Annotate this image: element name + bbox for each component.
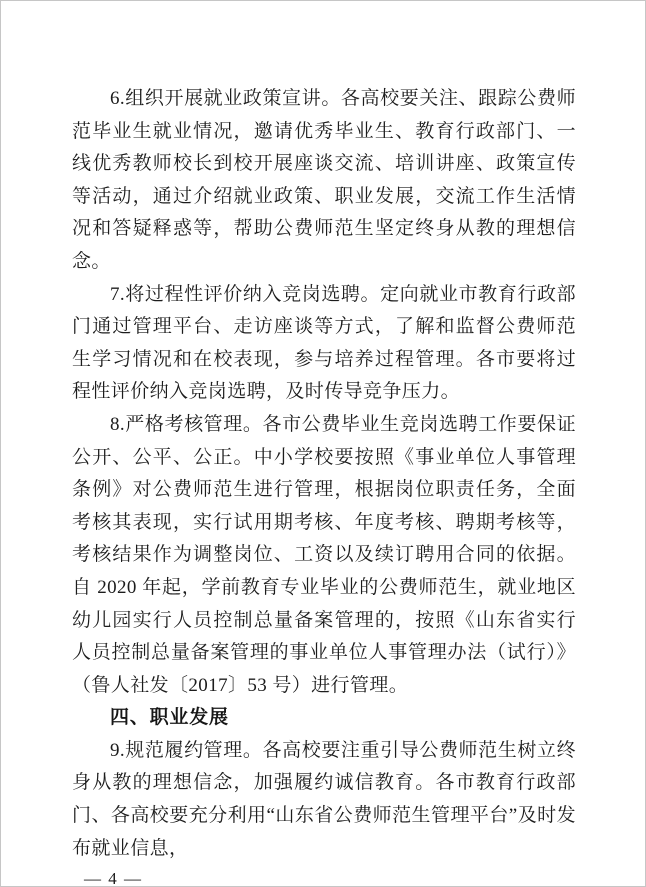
document-body: 6.组织开展就业政策宣讲。各高校要关注、跟踪公费师范毕业生就业情况，邀请优秀毕业… <box>1 1 645 887</box>
page-number: — 4 — <box>72 867 576 887</box>
document-page: 6.组织开展就业政策宣讲。各高校要关注、跟踪公费师范毕业生就业情况，邀请优秀毕业… <box>0 0 646 887</box>
section-heading-career-development: 四、职业发展 <box>72 702 576 735</box>
paragraph-8-assessment-management: 8.严格考核管理。各市公费毕业生竞岗选聘工作要保证公开、公平、公正。中小学校要按… <box>72 409 576 702</box>
paragraph-9-contract-compliance: 9.规范履约管理。各高校要注重引导公费师范生树立终身从教的理想信念，加强履约诚信… <box>72 735 576 865</box>
paragraph-7-process-evaluation: 7.将过程性评价纳入竞岗选聘。定向就业市教育行政部门通过管理平台、走访座谈等方式… <box>72 279 576 409</box>
paragraph-6-employment-policy-publicity: 6.组织开展就业政策宣讲。各高校要关注、跟踪公费师范毕业生就业情况，邀请优秀毕业… <box>72 83 576 279</box>
